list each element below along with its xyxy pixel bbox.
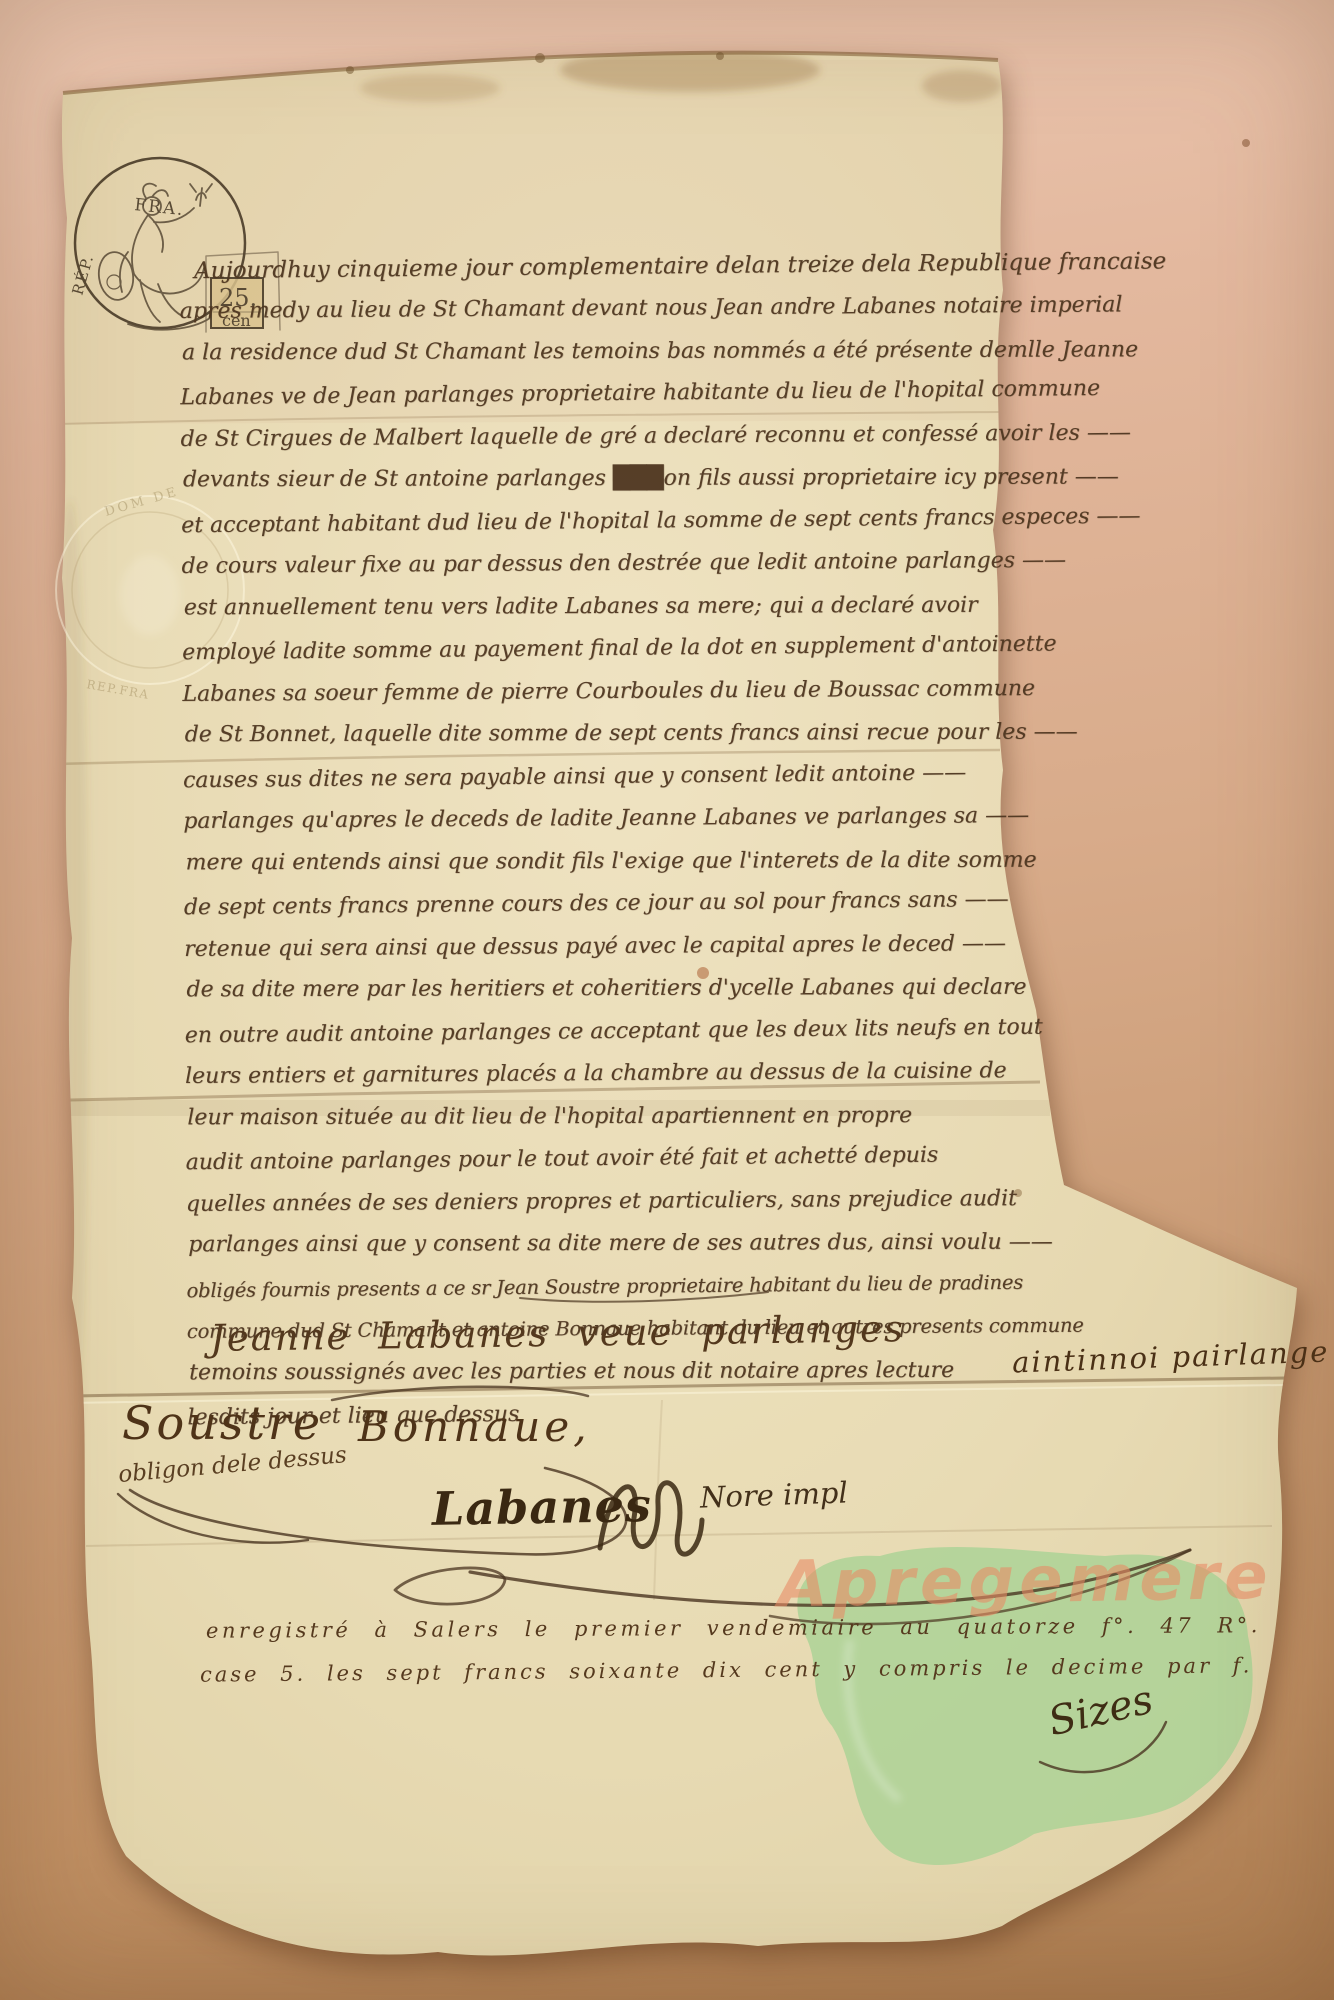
signature-soustre: Soustre (122, 1396, 323, 1450)
deed-line: de sept cents francs prenne cours des ce… (184, 879, 1034, 930)
deed-line: en outre audit antoine parlanges ce acce… (185, 1006, 1035, 1057)
notary-title: Nore impl (699, 1475, 848, 1514)
deed-line: mere qui entends ainsi que sondit fils l… (186, 839, 1036, 884)
deed-line: parlanges ainsi que y consent sa dite me… (188, 1222, 1038, 1267)
seller-watermark: Apregemere (777, 1540, 1273, 1623)
deed-line: et acceptant habitant dud lieu de l'hopi… (181, 496, 1031, 547)
deed-line: de sa dite mere par les heritiers et coh… (186, 967, 1036, 1012)
photo-scene: FRA. RÉP. 25. cen DOM DE REP.FRA (0, 0, 1334, 2000)
deed-body: Aujourdhuy cinquieme jour complementaire… (178, 115, 1037, 1438)
deed-line: employé ladite somme au payement final d… (182, 624, 1032, 675)
deed-line: devants sieur de St antoine parlanges ██… (183, 457, 1033, 502)
deed-line: audit antoine parlanges pour le tout avo… (185, 1134, 1035, 1185)
deed-line: Labanes ve de Jean parlanges proprietair… (180, 369, 1030, 420)
deed-line: leur maison située au dit lieu de l'hopi… (187, 1094, 1037, 1139)
deed-line: leurs entiers et garnitures placés a la … (185, 1050, 1035, 1098)
deed-line: quelles années de ses deniers propres et… (186, 1178, 1036, 1226)
mat-speck (1242, 139, 1250, 147)
signature-bonnaue: Bonnaue, (358, 1402, 591, 1451)
deed-line: de St Cirgues de Malbert laquelle de gré… (180, 413, 1030, 461)
deed-line: est annuellement tenu vers ladite Labane… (184, 584, 1034, 629)
deed-line: a la residence dud St Chamant les temoin… (182, 329, 1032, 374)
deed-line: Aujourdhuy cinquieme jour complementaire… (179, 241, 1029, 292)
deed-line: Labanes sa soeur femme de pierre Courbou… (182, 668, 1032, 716)
deed-line: parlanges qu'apres le deceds de ladite J… (183, 795, 1033, 843)
deed-line: retenue qui sera ainsi que dessus payé a… (184, 923, 1034, 971)
deed-line: de St Bonnet, laquelle dite somme de sep… (185, 712, 1035, 757)
deed-line: apres medy au lieu de St Chamant devant … (180, 285, 1030, 333)
deed-line: causes sus dites ne sera payable ainsi q… (183, 751, 1033, 802)
deed-line: de cours valeur fixe au par dessus den d… (181, 540, 1031, 588)
deed-line: obligés fournis presents a ce sr Jean So… (186, 1261, 1036, 1312)
signature-notary-labanes: Labanes (432, 1478, 653, 1536)
